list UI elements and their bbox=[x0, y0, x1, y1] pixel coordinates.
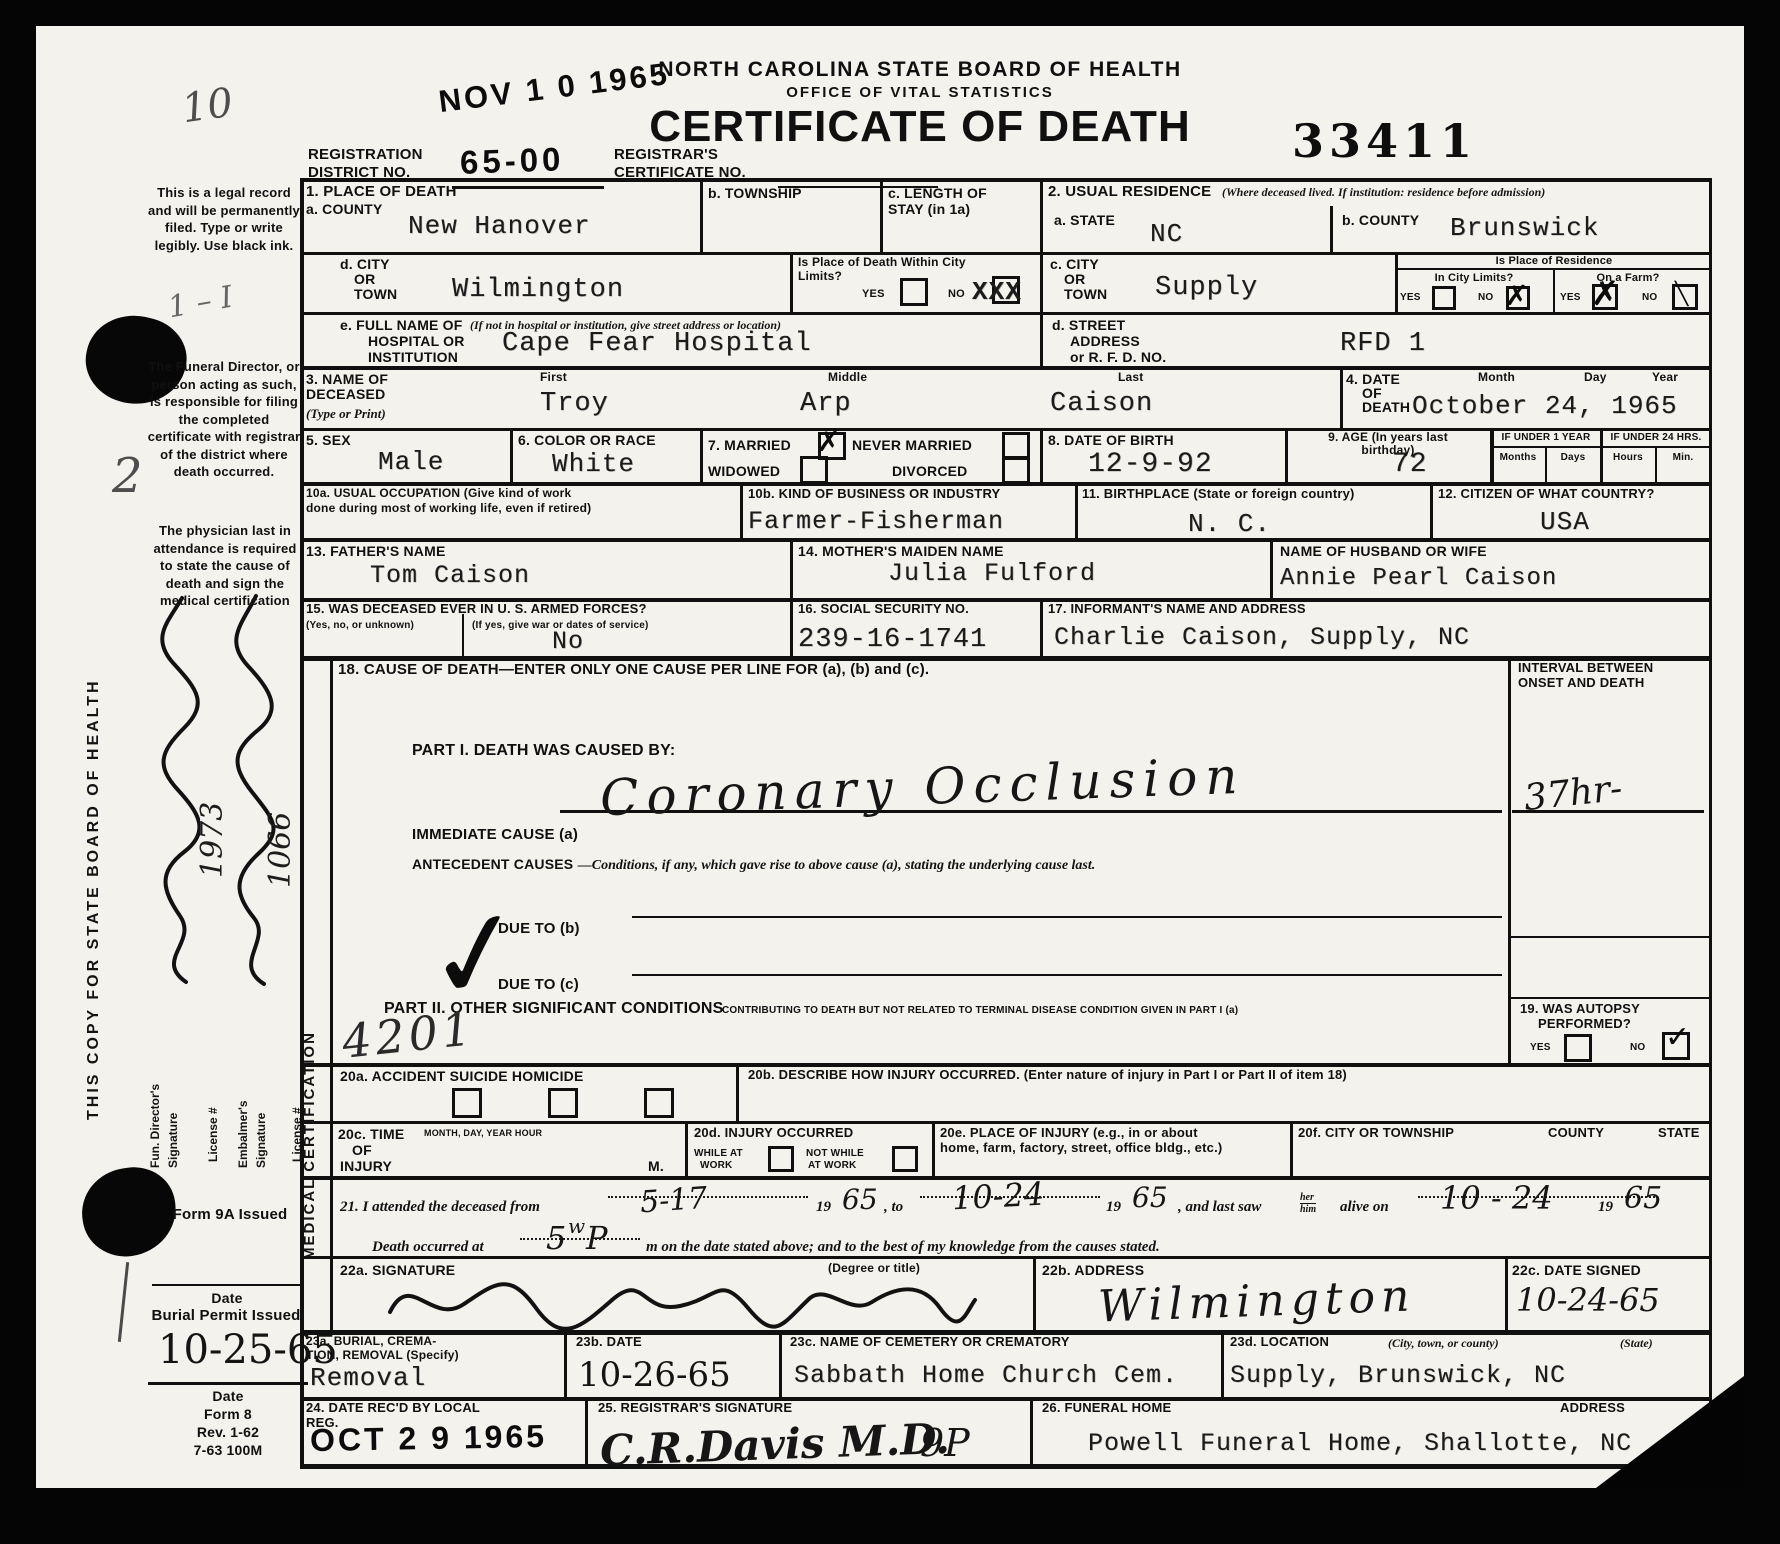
form-border-line bbox=[564, 1330, 567, 1397]
board-of-health-title: NORTH CAROLINA STATE BOARD OF HEALTH bbox=[590, 58, 1250, 82]
attended-from-year-handwritten: 65 bbox=[842, 1186, 878, 1214]
date-of-death-label-3: DEATH bbox=[1362, 399, 1410, 415]
death-time-suffix-handwritten: P bbox=[586, 1222, 608, 1254]
length-of-stay-label-2: STAY (in 1a) bbox=[888, 201, 970, 217]
injury-occurred-label: 20d. INJURY OCCURRED bbox=[694, 1126, 853, 1141]
form-border-line bbox=[1040, 178, 1043, 366]
residence-state-label: a. STATE bbox=[1054, 212, 1115, 228]
city-of-death-value: Wilmington bbox=[452, 276, 624, 306]
widowed-checkbox bbox=[800, 456, 828, 484]
last-alive-year-handwritten: 65 bbox=[1624, 1184, 1662, 1214]
part-2-handwritten-code: 4201 bbox=[340, 1005, 477, 1065]
residence-question-label: Is Place of Residence bbox=[1400, 255, 1708, 268]
date-received-label-1: 24. DATE REC'D BY LOCAL bbox=[306, 1401, 480, 1416]
name-of-deceased-label-2: DECEASED bbox=[306, 386, 385, 402]
death-occurred-text-2: m on the date stated above; and to the b… bbox=[646, 1238, 1160, 1258]
form-border-line bbox=[1508, 936, 1712, 938]
registration-rule bbox=[452, 186, 604, 189]
time-of-injury-label-3: INJURY bbox=[340, 1158, 392, 1174]
margin-rule bbox=[148, 1382, 308, 1385]
informant-label: 17. INFORMANT'S NAME AND ADDRESS bbox=[1048, 602, 1306, 617]
form-border-line bbox=[1553, 268, 1555, 312]
armed-forces-label: 15. WAS DECEASED EVER IN U. S. ARMED FOR… bbox=[306, 602, 647, 617]
first-name-value: Troy bbox=[540, 390, 609, 420]
registrar-signature-handwritten: C.R.Davis M.D. bbox=[599, 1418, 950, 1472]
social-security-label: 16. SOCIAL SECURITY NO. bbox=[798, 602, 969, 617]
form-border-line bbox=[585, 1397, 588, 1464]
not-while-at-work-checkbox bbox=[892, 1146, 918, 1172]
in-city-yes-label: YES bbox=[1400, 292, 1421, 304]
form-border-line bbox=[1285, 428, 1288, 482]
injury-state-label: STATE bbox=[1658, 1126, 1700, 1141]
pencil-note-2: 2 bbox=[112, 452, 143, 500]
funeral-director-signature-handwritten bbox=[152, 590, 200, 990]
time-of-injury-label-2: OF bbox=[352, 1142, 372, 1158]
name-of-deceased-label-1: 3. NAME OF bbox=[306, 371, 388, 387]
interval-line bbox=[1512, 810, 1704, 813]
her-him-stack: her him bbox=[1300, 1192, 1316, 1215]
funeral-home-address-label: ADDRESS bbox=[1560, 1401, 1625, 1416]
mothers-maiden-name-label: 14. MOTHER'S MAIDEN NAME bbox=[798, 543, 1004, 559]
form-border-line bbox=[300, 312, 1712, 315]
her-word: her bbox=[1300, 1192, 1316, 1204]
certificate-title: CERTIFICATE OF DEATH bbox=[600, 102, 1240, 153]
while-at-work-label-1: WHILE AT bbox=[694, 1148, 743, 1160]
farm-yes-checkbox: ✗ bbox=[1592, 284, 1618, 310]
death-city-limits-no-mark: XXX bbox=[972, 278, 1022, 307]
in-city-yes-checkbox bbox=[1432, 286, 1456, 310]
type-or-print-paren: (Type or Print) bbox=[306, 406, 386, 422]
usual-residence-label: 2. USUAL RESIDENCE bbox=[1048, 183, 1211, 200]
hospital-name-label-3: INSTITUTION bbox=[368, 349, 458, 365]
street-address-value: RFD 1 bbox=[1340, 330, 1426, 360]
antecedent-bold: ANTECEDENT CAUSES bbox=[412, 856, 573, 872]
location-paren: (City, town, or county) bbox=[1388, 1336, 1499, 1350]
form-border-line bbox=[790, 538, 793, 598]
usual-occupation-label-2: done during most of working life, even i… bbox=[306, 502, 591, 516]
farm-yes-label: YES bbox=[1560, 292, 1581, 304]
date-of-birth-label: 8. DATE OF BIRTH bbox=[1048, 432, 1174, 448]
kind-of-business-value: Farmer-Fisherman bbox=[748, 508, 1004, 536]
registration-district-value-stamp: 65-00 bbox=[459, 142, 564, 179]
address-label: 22b. ADDRESS bbox=[1042, 1262, 1144, 1278]
attended-blank-1 bbox=[608, 1196, 808, 1198]
form-border-line bbox=[700, 178, 703, 252]
usual-residence-paren: (Where deceased lived. If institution: r… bbox=[1222, 185, 1702, 199]
cemetery-value: Sabbath Home Church Cem. bbox=[794, 1362, 1178, 1390]
x-mark-icon: ✗ bbox=[817, 428, 840, 456]
registrar-label: REGISTRAR'S bbox=[614, 146, 718, 163]
form-border-line bbox=[880, 178, 883, 252]
form-border-line bbox=[300, 1121, 1712, 1124]
form-border-line bbox=[1033, 1256, 1036, 1330]
form-border-line bbox=[1430, 482, 1433, 538]
form-border-line bbox=[1040, 598, 1043, 656]
time-m-label: M. bbox=[648, 1158, 664, 1174]
accident-suicide-homicide-label: 20a. ACCIDENT SUICIDE HOMICIDE bbox=[340, 1068, 584, 1084]
funeral-director-signature-label-1: Fun. Director's bbox=[148, 1084, 163, 1168]
death-city-limits-yes-checkbox bbox=[900, 278, 928, 306]
residence-state-value: NC bbox=[1150, 220, 1183, 249]
hours-header: Hours bbox=[1602, 452, 1654, 464]
form-border-line bbox=[1545, 446, 1547, 482]
autopsy-yes-label: YES bbox=[1530, 1042, 1551, 1054]
citizen-label: 12. CITIZEN OF WHAT COUNTRY? bbox=[1438, 487, 1654, 502]
month-header: Month bbox=[1478, 371, 1515, 385]
location-label: 23d. LOCATION bbox=[1230, 1335, 1329, 1350]
min-header: Min. bbox=[1658, 452, 1708, 464]
due-to-b-line bbox=[632, 916, 1502, 918]
days-header: Days bbox=[1548, 452, 1598, 464]
injury-county-label: COUNTY bbox=[1548, 1126, 1604, 1141]
embalmer-signature-label-1: Embalmer's bbox=[236, 1100, 251, 1168]
burial-type-value: Removal bbox=[310, 1364, 426, 1393]
date-label: Date bbox=[148, 1388, 308, 1404]
death-city-limits-question-2: Limits? bbox=[798, 270, 842, 284]
form-border-line bbox=[932, 1121, 935, 1176]
location-state-paren: (State) bbox=[1620, 1336, 1653, 1350]
suicide-checkbox bbox=[548, 1088, 578, 1118]
form-border-line bbox=[736, 1063, 739, 1121]
death-time-handwritten: 5 bbox=[546, 1222, 566, 1254]
while-at-work-label-2: WORK bbox=[700, 1160, 732, 1172]
embalmer-signature-handwritten bbox=[228, 590, 276, 990]
funeral-director-license-number: 1973 bbox=[198, 802, 228, 878]
form-border-line bbox=[700, 428, 703, 482]
informant-value: Charlie Caison, Supply, NC bbox=[1054, 624, 1470, 652]
birthplace-value: N. C. bbox=[1188, 510, 1271, 539]
widowed-label: WIDOWED bbox=[708, 463, 780, 479]
last-name-value: Caison bbox=[1050, 390, 1153, 420]
revision-label: Rev. 1-62 bbox=[148, 1424, 308, 1440]
sex-value: Male bbox=[378, 448, 444, 477]
armed-forces-paren-1: (Yes, no, or unknown) bbox=[306, 620, 414, 632]
date-signed-handwritten: 10-24-65 bbox=[1516, 1284, 1660, 1316]
if-under-1-year-header: IF UNDER 1 YEAR bbox=[1492, 432, 1600, 444]
printed-19-b: 19 bbox=[1106, 1198, 1121, 1218]
form-border-line bbox=[1270, 538, 1273, 598]
part-2-small-label: CONTRIBUTING TO DEATH BUT NOT RELATED TO… bbox=[722, 1005, 1502, 1017]
form-border-line bbox=[300, 1397, 1712, 1401]
form-border-line bbox=[1709, 178, 1712, 1468]
injury-city-township-label: 20f. CITY OR TOWNSHIP bbox=[1298, 1126, 1454, 1141]
time-of-injury-small: MONTH, DAY, YEAR HOUR bbox=[424, 1128, 542, 1138]
length-of-stay-label-1: c. LENGTH OF bbox=[888, 185, 987, 201]
color-or-race-label: 6. COLOR OR RACE bbox=[518, 432, 656, 448]
registrar-signature-label: 25. REGISTRAR'S SIGNATURE bbox=[598, 1401, 792, 1416]
death-city-limits-no-label: NO bbox=[948, 288, 965, 301]
fathers-name-label: 13. FATHER'S NAME bbox=[306, 543, 446, 559]
describe-injury-label: 20b. DESCRIBE HOW INJURY OCCURRED. (Ente… bbox=[748, 1068, 1688, 1083]
hospital-name-label-1: e. FULL NAME OF bbox=[340, 317, 463, 333]
kind-of-business-label: 10b. KIND OF BUSINESS OR INDUSTRY bbox=[748, 487, 1000, 502]
date-signed-label: 22c. DATE SIGNED bbox=[1512, 1262, 1641, 1278]
form-9a-issued-label: Form 9A Issued bbox=[158, 1206, 302, 1223]
form-border-line bbox=[1221, 1330, 1224, 1397]
interval-label-2: ONSET AND DEATH bbox=[1518, 676, 1645, 691]
form-border-line bbox=[790, 598, 793, 656]
embalmer-license-number: 1066 bbox=[266, 812, 296, 888]
if-under-24-hrs-header: IF UNDER 24 HRS. bbox=[1602, 432, 1710, 444]
city-of-death-label-2: OR bbox=[354, 271, 375, 287]
divorced-checkbox bbox=[1002, 456, 1030, 484]
while-at-work-checkbox bbox=[768, 1146, 794, 1172]
autopsy-no-checkbox: ✓ bbox=[1662, 1032, 1690, 1060]
death-occurred-text-1: Death occurred at bbox=[372, 1238, 484, 1258]
address-handwritten: Wilmington bbox=[1097, 1274, 1416, 1329]
residence-city-label-2: OR bbox=[1064, 271, 1085, 287]
him-word: him bbox=[1300, 1204, 1316, 1215]
form-border-line bbox=[1040, 428, 1043, 482]
citizen-value: USA bbox=[1540, 508, 1590, 537]
county-of-death-label: a. COUNTY bbox=[306, 201, 382, 217]
age-value: 72 bbox=[1392, 450, 1428, 481]
day-header: Day bbox=[1584, 371, 1607, 385]
year-header: Year bbox=[1652, 371, 1678, 385]
autopsy-label-1: 19. WAS AUTOPSY bbox=[1520, 1002, 1640, 1017]
office-subtitle: OFFICE OF VITAL STATISTICS bbox=[590, 84, 1250, 101]
form-border-line bbox=[300, 1464, 1712, 1469]
sex-label: 5. SEX bbox=[306, 432, 351, 448]
fathers-name-value: Tom Caison bbox=[370, 562, 530, 590]
funeral-home-value: Powell Funeral Home, Shallotte, NC bbox=[1088, 1430, 1632, 1458]
divorced-label: DIVORCED bbox=[892, 463, 968, 479]
first-name-header: First bbox=[540, 371, 567, 385]
funeral-director-signature-label-2: Signature bbox=[166, 1113, 181, 1168]
date-label: Date bbox=[152, 1290, 302, 1306]
burial-date-label: 23b. DATE bbox=[576, 1335, 642, 1350]
form-border-line bbox=[1030, 1397, 1033, 1464]
time-of-injury-label-1: 20c. TIME bbox=[338, 1126, 404, 1142]
place-of-death-label: 1. PLACE OF DEATH bbox=[306, 183, 457, 200]
last-alive-handwritten: 10 - 24 bbox=[1440, 1182, 1553, 1214]
residence-city-label-3: TOWN bbox=[1064, 286, 1107, 302]
street-address-label-3: or R. F. D. NO. bbox=[1070, 349, 1166, 365]
residence-city-value: Supply bbox=[1155, 274, 1258, 304]
form-border-line bbox=[330, 656, 333, 1330]
autopsy-yes-checkbox bbox=[1564, 1034, 1592, 1062]
death-time-blank bbox=[520, 1238, 640, 1240]
form-border-line bbox=[510, 428, 513, 482]
death-time-sup-handwritten: w bbox=[568, 1216, 585, 1236]
margin-copy-designation: THIS COPY FOR STATE BOARD OF HEALTH bbox=[86, 480, 102, 1120]
check-mark-icon: ✓ bbox=[1665, 1023, 1690, 1053]
burial-cremation-label-2: TION, REMOVAL (Specify) bbox=[306, 1349, 459, 1363]
color-or-race-value: White bbox=[552, 450, 635, 479]
physician-signature-handwritten bbox=[380, 1264, 980, 1335]
margin-rule bbox=[152, 1284, 302, 1286]
street-address-label-1: d. STREET bbox=[1052, 317, 1125, 333]
in-city-no-checkbox: ✗ bbox=[1506, 286, 1530, 310]
attended-text-2: , to bbox=[884, 1198, 903, 1218]
form-border-line bbox=[300, 538, 1712, 542]
pencil-note-top: 10 bbox=[179, 83, 235, 130]
antecedent-causes-label: ANTECEDENT CAUSES —Conditions, if any, w… bbox=[412, 856, 1472, 875]
due-to-c-line bbox=[632, 974, 1502, 976]
farm-no-checkbox: ╲ bbox=[1672, 284, 1698, 310]
autopsy-no-label: NO bbox=[1630, 1042, 1645, 1054]
slash-mark-icon: ╲ bbox=[1675, 284, 1688, 306]
form-border-line bbox=[1290, 1121, 1293, 1176]
township-label: b. TOWNSHIP bbox=[708, 185, 802, 201]
form-border-line bbox=[1508, 997, 1712, 999]
attended-text-4: alive on bbox=[1340, 1198, 1389, 1218]
medical-certification-strip: MEDICAL CERTIFICATION bbox=[302, 700, 317, 1260]
form-border-line bbox=[685, 1121, 688, 1176]
mothers-maiden-name-value: Julia Fulford bbox=[888, 560, 1096, 588]
attended-text-3: , and last saw bbox=[1178, 1198, 1261, 1218]
printed-19-a: 19 bbox=[816, 1198, 831, 1218]
hospital-name-label-2: HOSPITAL OR bbox=[368, 333, 465, 349]
hospital-name-value: Cape Fear Hospital bbox=[502, 330, 812, 360]
attended-from-handwritten: 5-17 bbox=[639, 1184, 708, 1219]
form-border-line bbox=[1505, 1256, 1508, 1330]
husband-or-wife-value: Annie Pearl Caison bbox=[1280, 566, 1557, 592]
burial-date-value: 10-26-65 bbox=[578, 1358, 731, 1392]
registrar-signature-extra: 9P bbox=[920, 1424, 970, 1462]
scanned-death-certificate: 10 This is a legal record and will be pe… bbox=[0, 0, 1780, 1544]
autopsy-label-2: PERFORMED? bbox=[1538, 1017, 1631, 1032]
x-mark-icon: ✗ bbox=[1591, 277, 1620, 311]
farm-no-label: NO bbox=[1642, 292, 1657, 304]
birthplace-label: 11. BIRTHPLACE (State or foreign country… bbox=[1082, 487, 1355, 502]
date-of-birth-value: 12-9-92 bbox=[1088, 450, 1213, 481]
date-of-death-value: October 24, 1965 bbox=[1412, 392, 1678, 421]
street-address-label-2: ADDRESS bbox=[1070, 333, 1140, 349]
print-run-label: 7-63 100M bbox=[148, 1442, 308, 1458]
not-while-at-work-label-1: NOT WHILE bbox=[806, 1148, 864, 1160]
margin-note-funeral-director: The Funeral Director, or person acting a… bbox=[146, 358, 302, 481]
last-name-header: Last bbox=[1118, 371, 1143, 385]
interval-label-1: INTERVAL BETWEEN bbox=[1518, 661, 1653, 676]
husband-or-wife-label: NAME OF HUSBAND OR WIFE bbox=[1280, 543, 1487, 559]
part-1-label: PART I. DEATH WAS CAUSED BY: bbox=[412, 742, 675, 760]
embalmer-signature-label-2: Signature bbox=[254, 1113, 269, 1168]
burial-permit-issued-label: Burial Permit Issued bbox=[142, 1307, 310, 1324]
date-received-stamp: OCT 2 9 1965 bbox=[310, 1420, 548, 1456]
residence-county-value: Brunswick bbox=[1450, 214, 1599, 243]
form-border-line bbox=[300, 178, 1712, 182]
age-label-2: birthday) bbox=[1290, 444, 1486, 458]
cause-of-death-label: 18. CAUSE OF DEATH—ENTER ONLY ONE CAUSE … bbox=[338, 661, 929, 678]
immediate-cause-label: IMMEDIATE CAUSE (a) bbox=[412, 826, 578, 843]
attended-to-year-handwritten: 65 bbox=[1132, 1184, 1168, 1212]
margin-note-legal: This is a legal record and will be perma… bbox=[148, 184, 300, 254]
place-of-injury-label-1: 20e. PLACE OF INJURY (e.g., in or about bbox=[940, 1126, 1198, 1141]
city-of-death-label-1: d. CITY bbox=[340, 256, 390, 272]
social-security-value: 239-16-1741 bbox=[798, 626, 987, 656]
antecedent-rest: —Conditions, if any, which gave rise to … bbox=[578, 858, 1096, 873]
form-8-label: Form 8 bbox=[148, 1406, 308, 1422]
residence-city-label-1: c. CITY bbox=[1050, 256, 1099, 272]
x-mark-icon: ✗ bbox=[1505, 282, 1528, 310]
months-header: Months bbox=[1492, 452, 1544, 464]
city-of-death-label-3: TOWN bbox=[354, 286, 397, 302]
form-border-line bbox=[740, 482, 743, 538]
attended-text-1: 21. I attended the deceased from bbox=[340, 1198, 540, 1218]
accident-checkbox bbox=[452, 1088, 482, 1118]
middle-name-header: Middle bbox=[828, 371, 867, 385]
death-city-limits-yes-label: YES bbox=[862, 288, 885, 301]
never-married-label: NEVER MARRIED bbox=[852, 437, 972, 453]
not-while-at-work-label-2: AT WORK bbox=[808, 1160, 856, 1172]
form-border-line bbox=[1330, 206, 1333, 252]
homicide-checkbox bbox=[644, 1088, 674, 1118]
married-label: 7. MARRIED bbox=[708, 437, 791, 453]
residence-county-label: b. COUNTY bbox=[1342, 212, 1419, 228]
middle-name-value: Arp bbox=[800, 390, 852, 420]
usual-occupation-label-1: 10a. USUAL OCCUPATION (Give kind of work bbox=[306, 487, 571, 501]
funeral-home-label: 26. FUNERAL HOME bbox=[1042, 1401, 1171, 1416]
county-of-death-value: New Hanover bbox=[408, 212, 591, 241]
death-city-limits-question-1: Is Place of Death Within City bbox=[798, 256, 1028, 270]
armed-forces-value: No bbox=[552, 628, 584, 656]
form-border-line bbox=[779, 1330, 782, 1397]
form-border-line bbox=[790, 252, 793, 312]
cemetery-label: 23c. NAME OF CEMETERY OR CREMATORY bbox=[790, 1335, 1070, 1350]
certificate-serial-number: 33411 bbox=[1292, 118, 1477, 164]
location-value: Supply, Brunswick, NC bbox=[1230, 1362, 1566, 1390]
form-border-line bbox=[1340, 366, 1343, 428]
attended-to-handwritten: 10-24 bbox=[951, 1178, 1045, 1215]
printed-19-c: 19 bbox=[1598, 1198, 1613, 1218]
form-border-line bbox=[1075, 482, 1078, 538]
funeral-director-license-label: License # bbox=[206, 1107, 221, 1162]
form-border-line bbox=[462, 614, 464, 656]
place-of-injury-label-2: home, farm, factory, street, office bldg… bbox=[940, 1141, 1222, 1156]
burial-cremation-label-1: 23a. BURIAL, CREMA- bbox=[306, 1335, 436, 1349]
registration-label: REGISTRATION bbox=[308, 146, 423, 163]
form-border-line bbox=[1508, 656, 1511, 1063]
form-border-line bbox=[1655, 446, 1657, 482]
in-city-no-label: NO bbox=[1478, 292, 1493, 304]
